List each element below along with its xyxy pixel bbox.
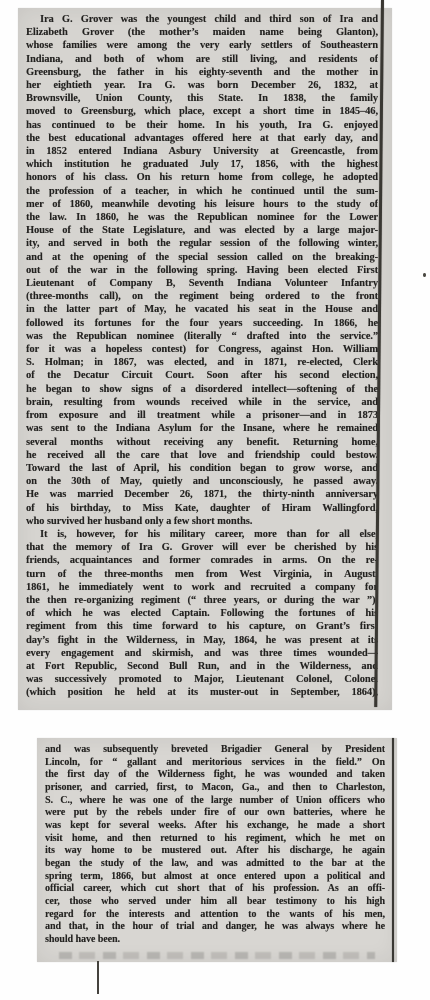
- text-line: Ira G. Grover was the youngest child and…: [26, 13, 378, 26]
- text-line: and that, in the hour of trial and dange…: [45, 921, 385, 934]
- scanned-clipping-bottom: and was subsequently breveted Brigadier …: [37, 738, 397, 962]
- text-line: began the study of the law, and was admi…: [45, 858, 385, 871]
- text-line: (three-months call), on the regiment bei…: [26, 290, 378, 303]
- text-line: the then re-organizing regiment (“ three…: [26, 594, 378, 607]
- text-line: he received all the care that love and f…: [26, 449, 378, 462]
- text-line: regiment from this time forward to his c…: [26, 620, 378, 633]
- text-line: Lieutenant of Company B, Seventh Indiana…: [26, 277, 378, 290]
- text-line: the law. In 1860, he was the Republican …: [26, 211, 378, 224]
- text-line: He was married December 26, 1871, the th…: [26, 488, 378, 501]
- text-line: turn of the three-months men from West V…: [26, 568, 378, 581]
- text-line: cer, those who served under him all bear…: [45, 896, 385, 909]
- text-line: visit home, and then returned to his reg…: [45, 833, 385, 846]
- text-line: honors of his class. On his return home …: [26, 171, 378, 184]
- text-line: Indiana, and both of whom are still livi…: [26, 53, 378, 66]
- text-line: was kept for several weeks. After his ex…: [45, 820, 385, 833]
- text-line: was sent to the Indiana Asylum for the I…: [26, 422, 378, 435]
- text-line: for it was a hopeless contest) for Congr…: [26, 343, 378, 356]
- scanned-clipping-top: Ira G. Grover was the youngest child and…: [18, 8, 392, 710]
- text-line: ity, and served in both the regular sess…: [26, 237, 378, 250]
- text-line: mer of 1860, meanwhile devoting his leis…: [26, 198, 378, 211]
- text-line: on the 30th of May, quietly and unconsci…: [26, 475, 378, 488]
- text-line: followed its fortunes for the four years…: [26, 317, 378, 330]
- text-line: the first day of the Wilderness fight, h…: [45, 769, 385, 782]
- text-line: every engagement and skirmish, and was t…: [26, 647, 378, 660]
- text-line: at Fort Republic, Second Bull Run, and i…: [26, 660, 378, 673]
- text-line: from exposure and ill treatment while a …: [26, 409, 378, 422]
- text-line: prisoner, and carried, first, to Macon, …: [45, 782, 385, 795]
- text-line: should have been.: [45, 934, 385, 947]
- text-column-bottom: and was subsequently breveted Brigadier …: [45, 744, 385, 947]
- text-line: several months without receiving any ben…: [26, 436, 378, 449]
- text-line: has continued to be their home. In his y…: [26, 119, 378, 132]
- text-column-top: Ira G. Grover was the youngest child and…: [26, 13, 378, 700]
- text-line: spring term, 1866, but almost at once en…: [45, 871, 385, 884]
- text-line: day’s fight in the Wilderness, in May, 1…: [26, 634, 378, 647]
- text-line: It is, however, for his military career,…: [26, 528, 378, 541]
- text-line: its way home to be mustered out. After h…: [45, 845, 385, 858]
- faded-partial-line: [59, 952, 375, 959]
- text-line: S. C., where he was one of the large num…: [45, 795, 385, 808]
- text-line: of the Decatur Circuit Court. Soon after…: [26, 369, 378, 382]
- text-line: and at the opening of the special sessio…: [26, 251, 378, 264]
- text-line: 1861, he immediately went to work and re…: [26, 581, 378, 594]
- text-line: he began to show signs of a disordered i…: [26, 383, 378, 396]
- text-line: the best educational advantages offered …: [26, 132, 378, 145]
- text-line: out of the war in the following spring. …: [26, 264, 378, 277]
- text-line: was the Republican nominee (literally “ …: [26, 330, 378, 343]
- text-line: Brownsville, Union County, this State. I…: [26, 92, 378, 105]
- text-line: House of the State Legislature, and was …: [26, 224, 378, 237]
- text-line: Toward the last of April, his condition …: [26, 462, 378, 475]
- text-line: her eightieth year. Ira G. was born Dece…: [26, 79, 378, 92]
- text-line: Lincoln, for “ gallant and meritorious s…: [45, 757, 385, 770]
- text-line: and was subsequently breveted Brigadier …: [45, 744, 385, 757]
- text-line: who survived her husband only a few shor…: [26, 515, 378, 528]
- text-line: whose families were among the very early…: [26, 39, 378, 52]
- text-line: (which position he held at its muster-ou…: [26, 686, 378, 699]
- text-line: of his birthday, to Miss Kate, daughter …: [26, 502, 378, 515]
- scanned-document-page: { "colors": { "page_background": "#fefef…: [0, 0, 430, 1000]
- text-line: brain, resulting from wounds received wh…: [26, 396, 378, 409]
- column-rule-right-bottom: [392, 738, 394, 962]
- text-line: Elizabeth Grover (the mother’s maiden na…: [26, 26, 378, 39]
- text-line: official career, which cut short that of…: [45, 883, 385, 896]
- text-line: moved to Greensburg, which place, except…: [26, 105, 378, 118]
- text-line: of which he was elected Captain. Followi…: [26, 607, 378, 620]
- text-line: the profession of a teacher, in which he…: [26, 185, 378, 198]
- text-line: that the memory of Ira G. Grover will ev…: [26, 541, 378, 554]
- text-line: regard for the interests and attention t…: [45, 909, 385, 922]
- text-line: which institution he graduated July 17, …: [26, 158, 378, 171]
- text-line: in the latter part of May, he vacated hi…: [26, 303, 378, 316]
- text-line: were put by the rebels under fire of our…: [45, 807, 385, 820]
- text-line: Greensburg, the father in his eighty-sev…: [26, 66, 378, 79]
- ink-speck: [423, 273, 426, 277]
- text-line: in 1852 entered Indiana Asbury Universit…: [26, 145, 378, 158]
- rule-fragment-below: [97, 961, 99, 994]
- text-line: S. Holman; in 1867, was elected, and in …: [26, 356, 378, 369]
- text-line: friends, acquaintances and former comrad…: [26, 554, 378, 567]
- text-line: was successively promoted to Major, Lieu…: [26, 673, 378, 686]
